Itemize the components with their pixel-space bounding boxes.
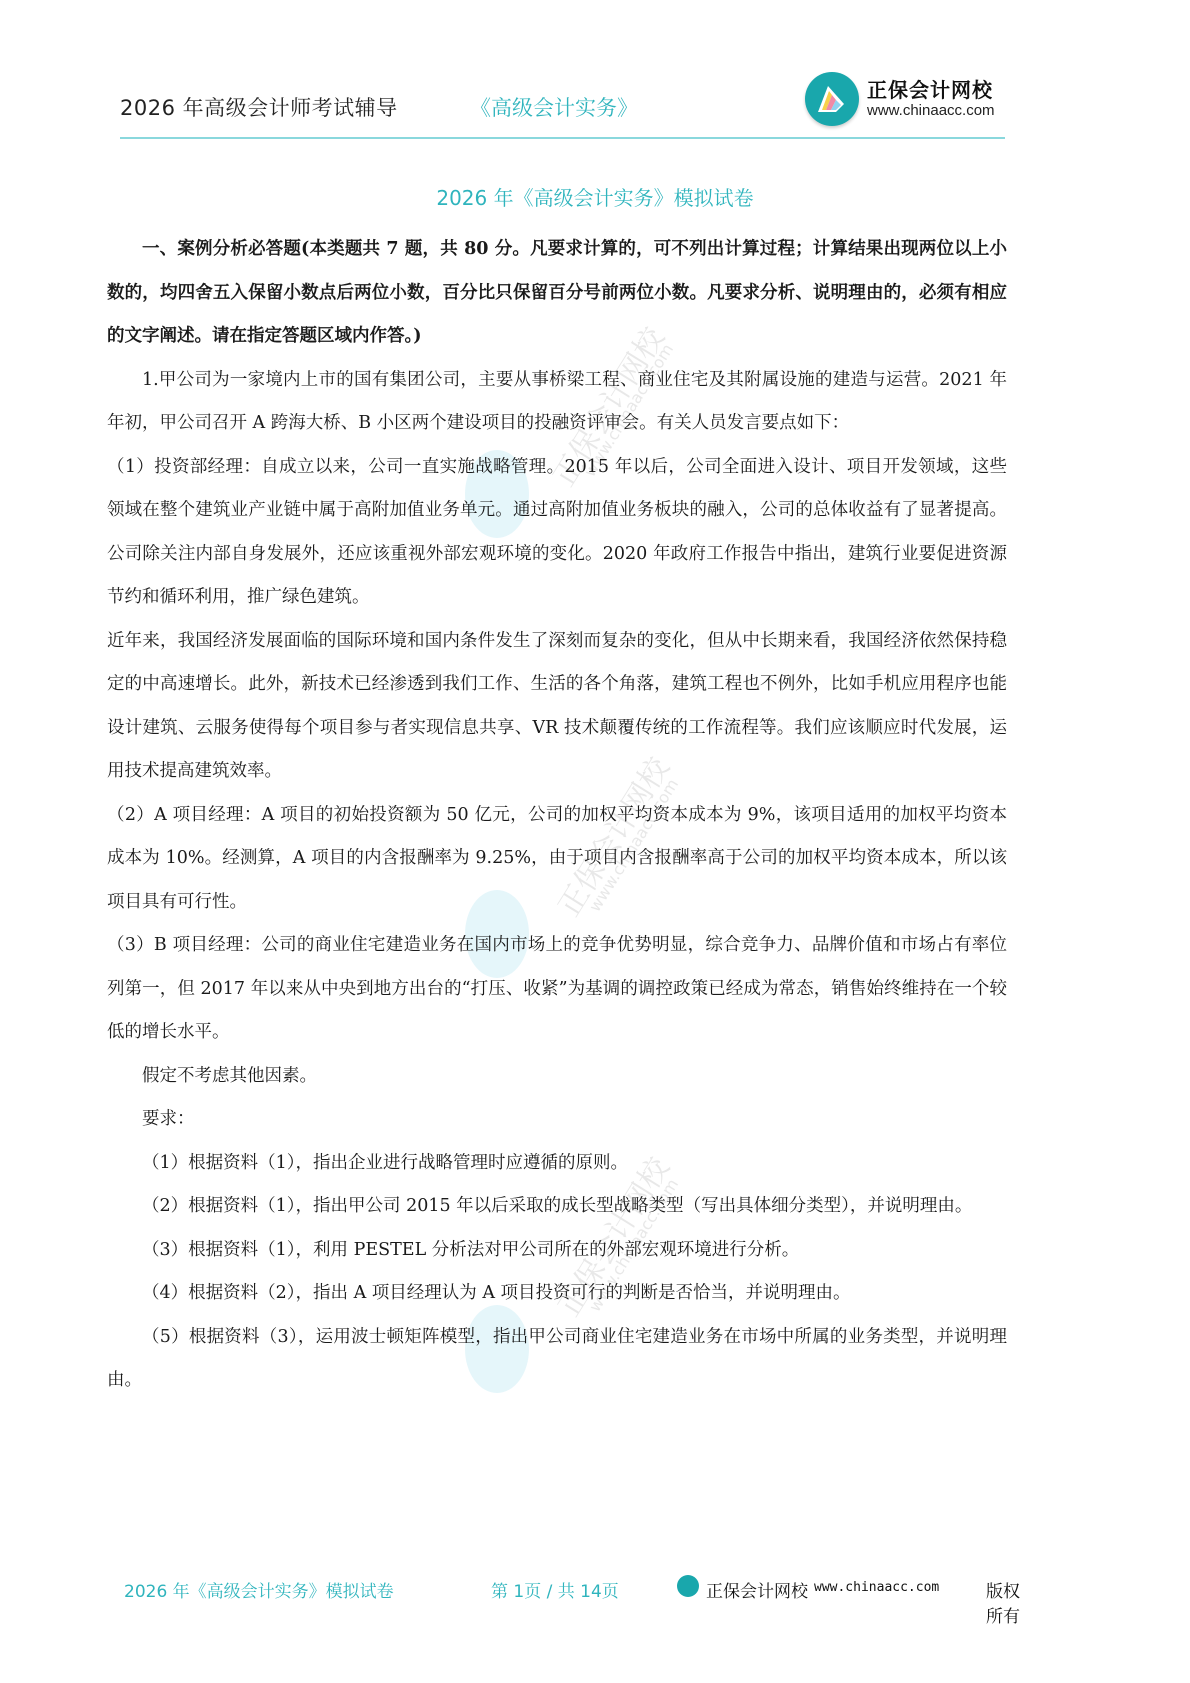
header-course-title: 2026 年高级会计师考试辅导 xyxy=(120,92,398,122)
page-header: 2026 年高级会计师考试辅导 《高级会计实务》 正保会计网校 www.chin… xyxy=(120,70,1005,142)
header-divider xyxy=(120,137,1005,139)
section-instruction: 一、案例分析必答题(本类题共 7 题，共 80 分。凡要求计算的，可不列出计算过… xyxy=(107,228,1007,359)
requirement-item: （3）根据资料（1），利用 PESTEL 分析法对甲公司所在的外部宏观环境进行分… xyxy=(107,1229,1007,1273)
question-intro: 1.甲公司为一家境内上市的国有集团公司，主要从事桥梁工程、商业住宅及其附属设施的… xyxy=(107,359,1007,446)
requirement-item: （4）根据资料（2），指出 A 项目经理认为 A 项目投资可行的判断是否恰当，并… xyxy=(107,1272,1007,1316)
footer-url: www.chinaacc.com xyxy=(814,1580,939,1595)
brand-logo: 正保会计网校 www.chinaacc.com xyxy=(805,70,1005,130)
assumption: 假定不考虑其他因素。 xyxy=(107,1055,1007,1099)
chinaacc-logo-icon xyxy=(805,72,859,126)
material-1-continued: 近年来，我国经济发展面临的国际环境和国内条件发生了深刻而复杂的变化，但从中长期来… xyxy=(107,620,1007,794)
footer-brand: 正保会计网校 xyxy=(706,1577,808,1602)
footer-logo-icon xyxy=(677,1575,699,1597)
brand-url: www.chinaacc.com xyxy=(867,102,995,119)
page-number: 第 1页 / 共 14页 xyxy=(491,1577,619,1602)
requirement-item: （1）根据资料（1），指出企业进行战略管理时应遵循的原则。 xyxy=(107,1142,1007,1186)
document-title: 2026 年《高级会计实务》模拟试卷 xyxy=(0,182,1190,211)
material-3: （3）B 项目经理：公司的商业住宅建造业务在国内市场上的竞争优势明显，综合竞争力… xyxy=(107,924,1007,1055)
footer-document-title: 2026 年《高级会计实务》模拟试卷 xyxy=(124,1577,394,1602)
requirements-label: 要求： xyxy=(107,1098,1007,1142)
material-1: （1）投资部经理：自成立以来，公司一直实施战略管理。2015 年以后，公司全面进… xyxy=(107,446,1007,620)
brand-name: 正保会计网校 xyxy=(867,74,993,103)
requirement-item: （5）根据资料（3），运用波士顿矩阵模型，指出甲公司商业住宅建造业务在市场中所属… xyxy=(107,1316,1007,1403)
footer-copyright: 版权所有 xyxy=(986,1577,1034,1627)
header-subject-title: 《高级会计实务》 xyxy=(470,92,638,122)
material-2: （2）A 项目经理：A 项目的初始投资额为 50 亿元，公司的加权平均资本成本为… xyxy=(107,794,1007,925)
requirement-item: （2）根据资料（1），指出甲公司 2015 年以后采取的成长型战略类型（写出具体… xyxy=(107,1185,1007,1229)
page-footer: 2026 年《高级会计实务》模拟试卷 第 1页 / 共 14页 正保会计网校 w… xyxy=(124,1575,1034,1605)
document-body: 一、案例分析必答题(本类题共 7 题，共 80 分。凡要求计算的，可不列出计算过… xyxy=(107,228,1007,1403)
